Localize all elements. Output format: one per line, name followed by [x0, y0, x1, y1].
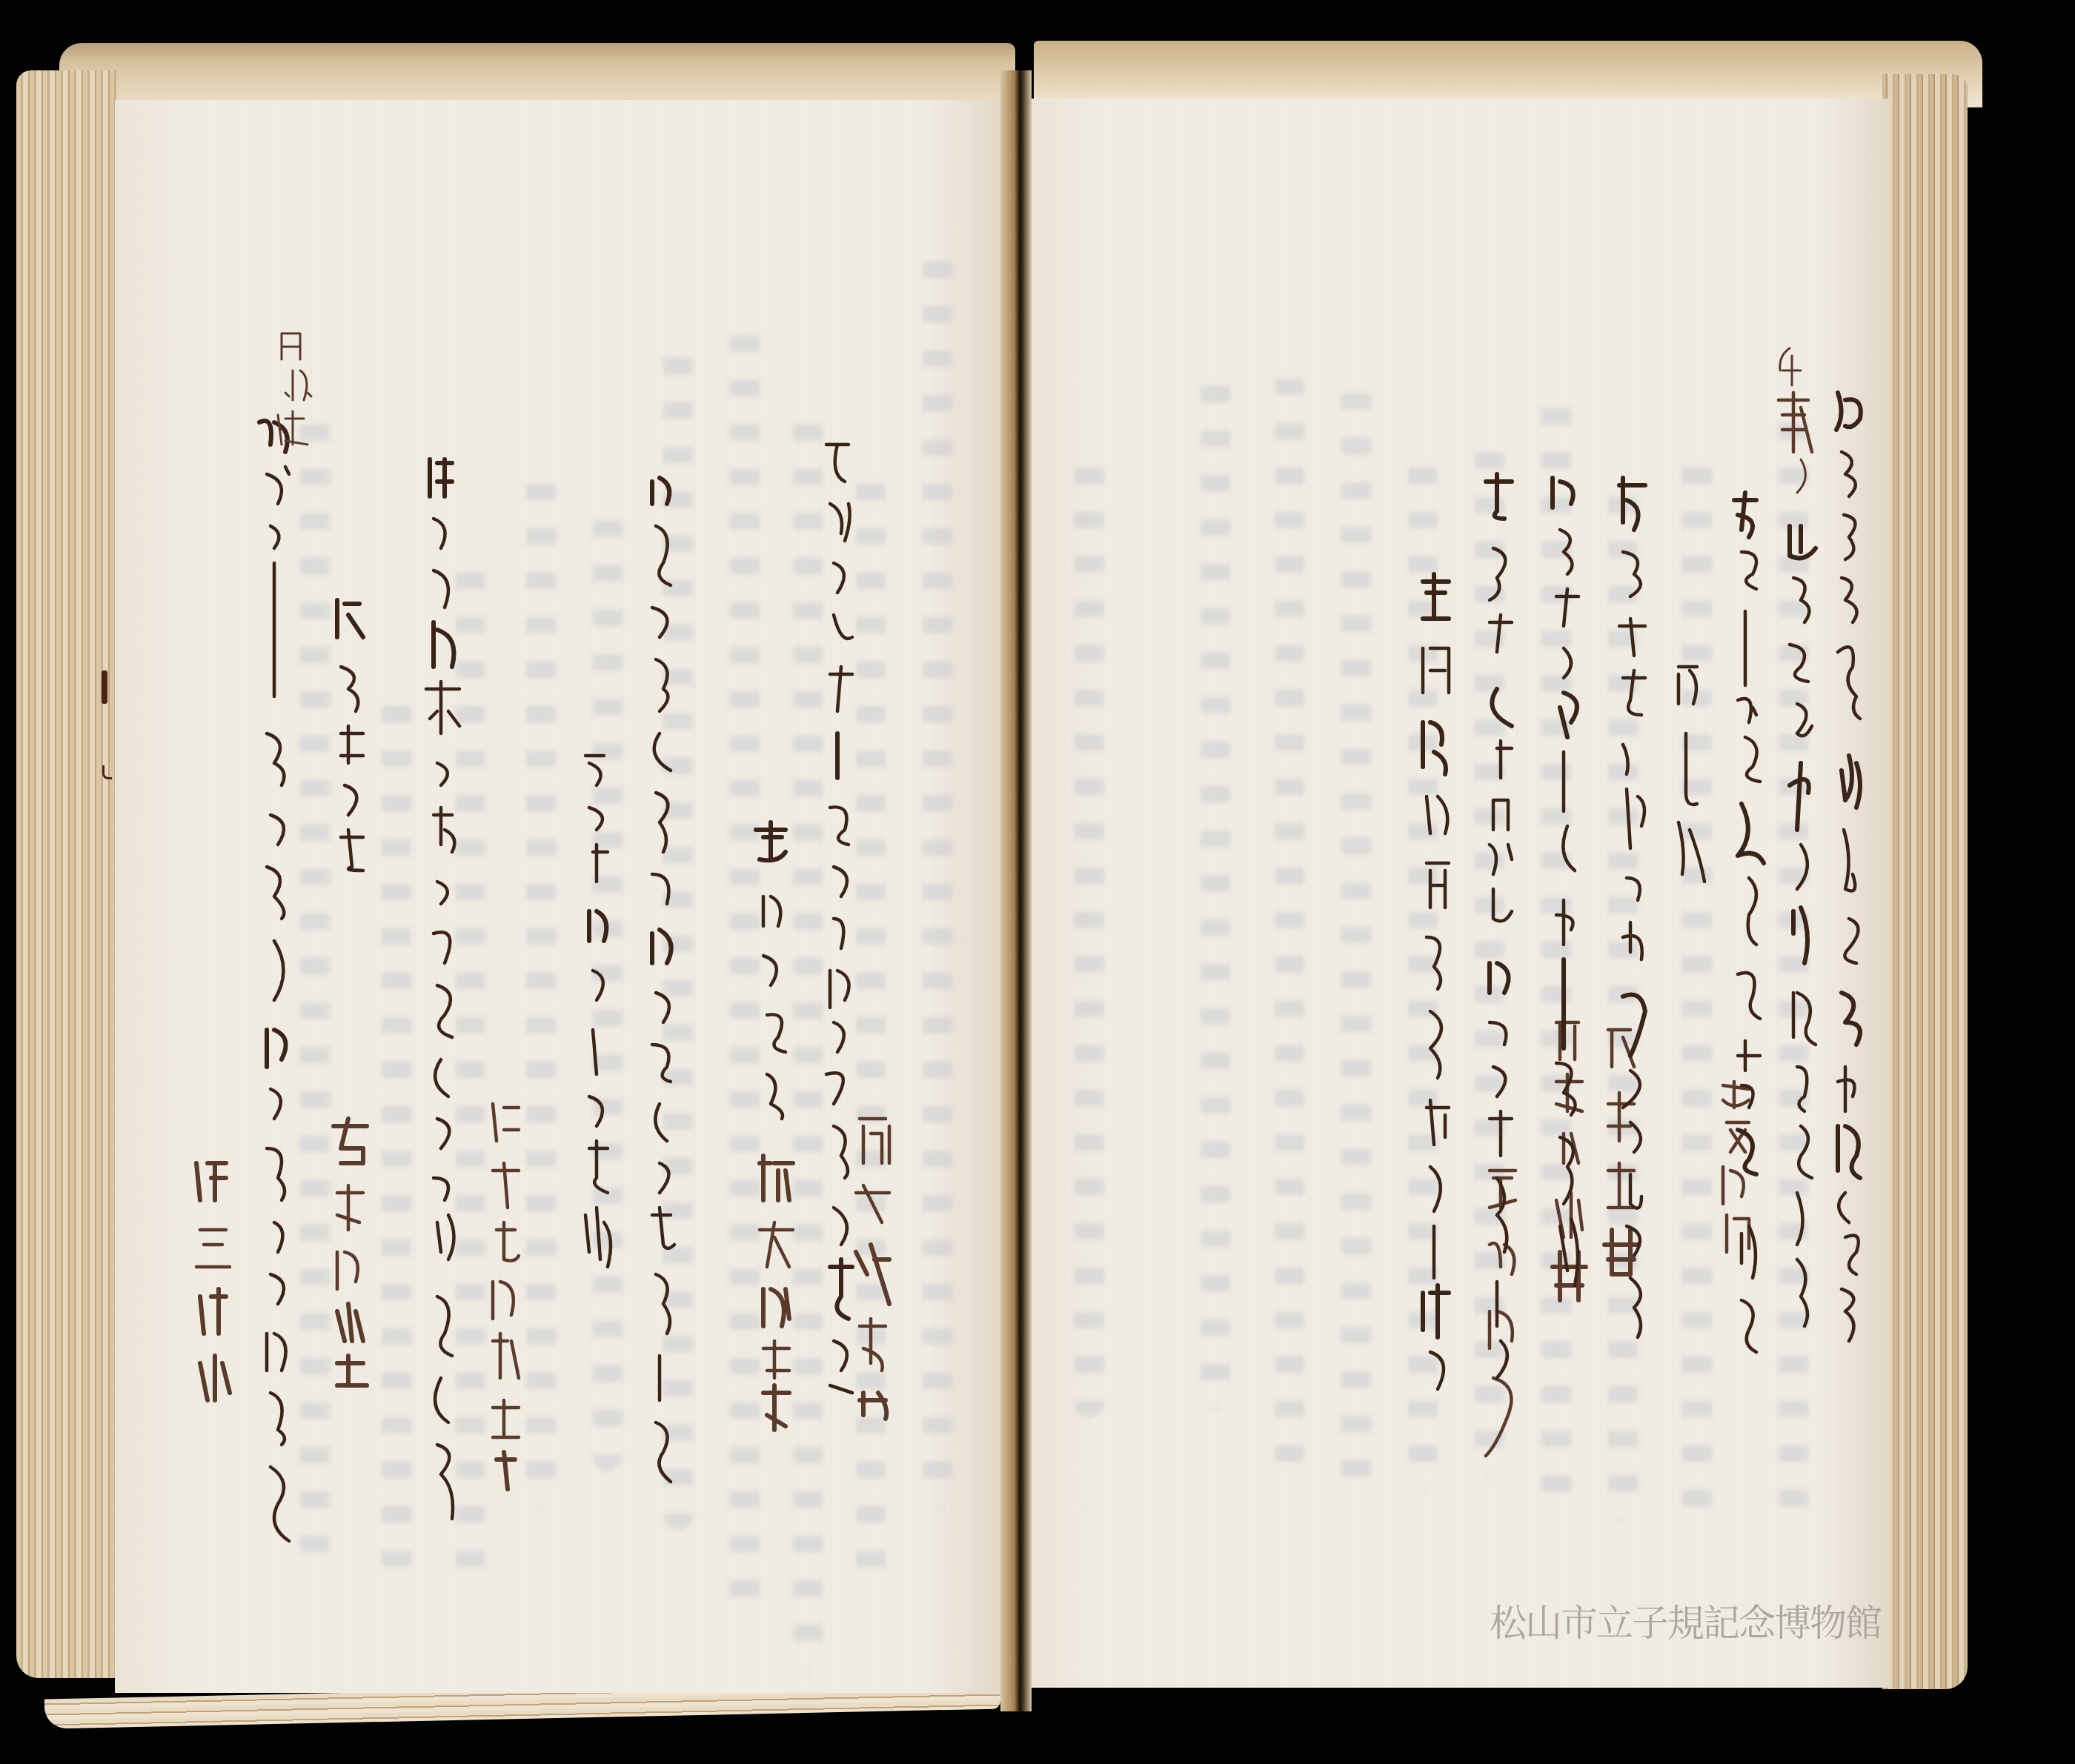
text-column	[815, 437, 867, 1422]
right-page-stack-side-edge	[1882, 74, 1968, 1689]
book-spine-gutter	[1000, 70, 1032, 1711]
text-column	[1775, 519, 1827, 1356]
left-page-stack-side-edge	[16, 70, 116, 1678]
collection-annotation	[1771, 341, 1823, 496]
bleed-through	[1075, 454, 1104, 1417]
text-column	[1475, 474, 1527, 1452]
bleed-through	[1682, 454, 1712, 1528]
author-name	[752, 1156, 804, 1437]
text-column	[326, 593, 378, 874]
text-column	[637, 474, 689, 1489]
text-column	[1823, 385, 1875, 1356]
right-page-stack-top-edge	[1034, 41, 1982, 107]
text-column	[574, 748, 626, 1282]
text-column	[1664, 659, 1716, 889]
ink-mark	[102, 670, 107, 704]
text-column	[748, 822, 800, 1119]
bleed-through	[382, 693, 411, 1582]
author-name	[326, 1119, 378, 1393]
bleed-through	[1275, 365, 1304, 1477]
author-name	[189, 1156, 241, 1415]
bleed-through	[923, 248, 952, 1508]
museum-watermark: 松山市立子規記念博物館	[1490, 1600, 1890, 1646]
text-column	[1412, 574, 1464, 1397]
ink-mark	[102, 765, 112, 779]
margin-note	[270, 326, 322, 452]
text-column	[1723, 493, 1775, 1367]
text-column	[252, 415, 304, 1571]
text-column	[1608, 478, 1660, 1478]
text-column	[419, 452, 471, 1534]
bleed-through	[300, 411, 330, 1560]
text-column	[1541, 470, 1593, 1300]
bleed-through	[1341, 380, 1371, 1491]
left-page	[115, 100, 1000, 1693]
photo-background: 松山市立子規記念博物館	[0, 0, 2075, 1764]
author-name	[482, 1096, 534, 1497]
bleed-through	[1201, 373, 1230, 1410]
